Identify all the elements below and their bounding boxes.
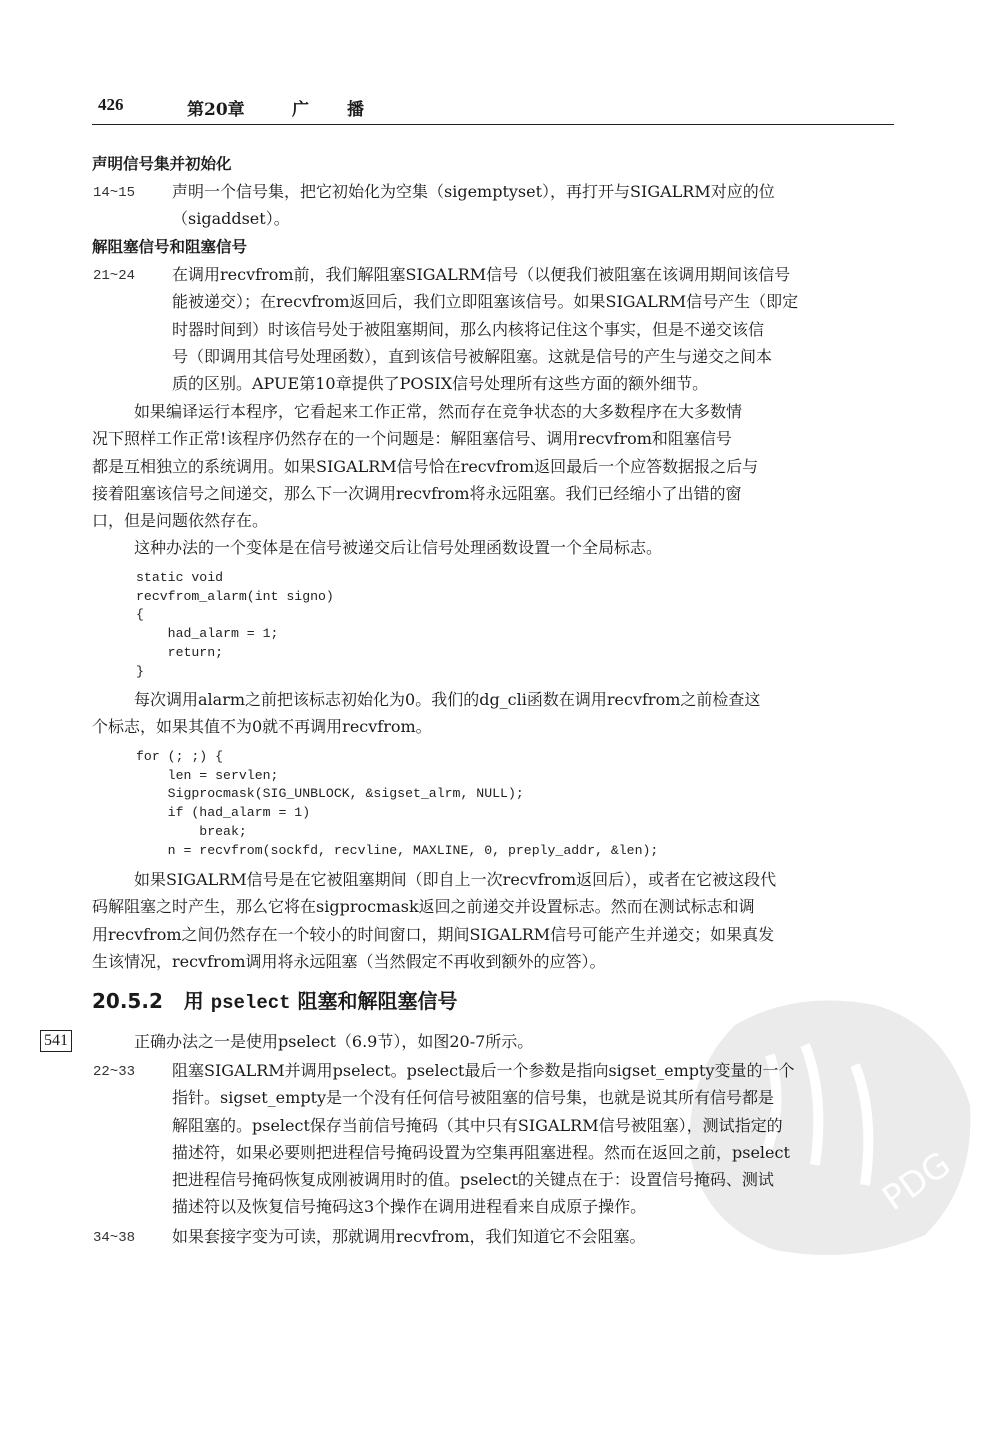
text-line: 如果SIGALRM信号是在它被阻塞期间（即自上一次recvfrom返回后），或者… [92, 866, 897, 893]
text-line: 如果套接字变为可读，那就调用recvfrom，我们知道它不会阻塞。 [172, 1223, 897, 1250]
line-range-label: 22~33 [93, 1064, 135, 1080]
text-line: 时器时间到）时该信号处于被阻塞期间，那么内核将记住这个事实，但是不递交该信 [172, 316, 897, 343]
subsection-title-pre: 用 [184, 989, 204, 1013]
line-range-label: 21~24 [93, 268, 135, 284]
text-line: 每次调用alarm之前把该标志初始化为0。我们的dg_cli函数在调用recvf… [92, 686, 897, 713]
section-heading: 解阻塞信号和阻塞信号 [92, 235, 247, 257]
section-body: 声明一个信号集，把它初始化为空集（sigemptyset），再打开与SIGALR… [172, 178, 897, 233]
text-line: 接着阻塞该信号之间递交，那么下一次调用recvfrom将永远阻塞。我们已经缩小了… [92, 480, 897, 507]
code-line: had_alarm = 1; [136, 626, 278, 641]
paragraph-race-condition: 如果编译运行本程序，它看起来工作正常，然而存在竞争状态的大多数程序在大多数情 况… [92, 398, 897, 534]
subsection-item-body: 如果套接字变为可读，那就调用recvfrom，我们知道它不会阻塞。 [172, 1223, 897, 1250]
text-line: 质的区别。APUE第10章提供了POSIX信号处理所有这些方面的额外细节。 [172, 370, 897, 397]
subsection-intro: 正确办法之一是使用pselect（6.9节），如图20-7所示。 [134, 1028, 533, 1055]
text-line: 在调用recvfrom前，我们解阻塞SIGALRM信号（以便我们被阻塞在该调用期… [172, 261, 897, 288]
code-line: break; [136, 824, 247, 839]
text-line: 码解阻塞之时产生，那么它将在sigprocmask返回之前递交并设置标志。然而在… [92, 893, 897, 920]
code-line: static void [136, 570, 223, 585]
subsection-title-post: 阻塞和解阻塞信号 [298, 989, 458, 1013]
code-line: n = recvfrom(sockfd, recvline, MAXLINE, … [136, 843, 658, 858]
text-line: 能被递交）；在recvfrom返回后，我们立即阻塞该信号。如果SIGALRM信号… [172, 288, 897, 315]
text-line: 生该情况，recvfrom调用将永远阻塞（当然假定不再收到额外的应答）。 [92, 948, 897, 975]
subsection-item-body: 阻塞SIGALRM并调用pselect。pselect最后一个参数是指向sigs… [172, 1057, 897, 1221]
code-line: recvfrom_alarm(int signo) [136, 589, 334, 604]
subsection-title-code: pselect [211, 992, 291, 1014]
code-line: return; [136, 645, 223, 660]
code-line: if (had_alarm = 1) [136, 805, 310, 820]
text-line: 个标志，如果其值不为0就不再调用recvfrom。 [92, 713, 897, 740]
chapter-title-part1: 广 [292, 95, 309, 120]
text-line: 把进程信号掩码恢复成刚被调用时的值。pselect的关键点在于：设置信号掩码、测… [172, 1166, 897, 1193]
text-line: 描述符以及恢复信号掩码这3个操作在调用进程看来自成原子操作。 [172, 1193, 897, 1220]
line-range-label: 34~38 [93, 1230, 135, 1246]
code-block-signal-handler: static void recvfrom_alarm(int signo) { … [136, 569, 334, 681]
text-line: （sigaddset）。 [172, 205, 897, 232]
paragraph-variant: 这种办法的一个变体是在信号被递交后让信号处理函数设置一个全局标志。 [134, 534, 662, 561]
text-line: 阻塞SIGALRM并调用pselect。pselect最后一个参数是指向sigs… [172, 1057, 897, 1084]
text-line: 如果编译运行本程序，它看起来工作正常，然而存在竞争状态的大多数程序在大多数情 [92, 398, 897, 425]
code-line: Sigprocmask(SIG_UNBLOCK, &sigset_alrm, N… [136, 786, 524, 801]
text-line: 指针。sigset_empty是一个没有任何信号被阻塞的信号集，也就是说其所有信… [172, 1084, 897, 1111]
page-header: 426 第20章 广 播 [92, 92, 894, 125]
subsection-heading: 20.5.2 用 pselect 阻塞和解阻塞信号 [92, 985, 458, 1014]
text-line: 解阻塞的。pselect保存当前信号掩码（其中只有SIGALRM信号被阻塞），测… [172, 1112, 897, 1139]
text-line: 口，但是问题依然存在。 [92, 507, 897, 534]
text-line: 这种办法的一个变体是在信号被递交后让信号处理函数设置一个全局标志。 [134, 534, 662, 561]
section-heading: 声明信号集并初始化 [92, 152, 232, 174]
code-line: len = servlen; [136, 768, 278, 783]
paragraph-flag: 每次调用alarm之前把该标志初始化为0。我们的dg_cli函数在调用recvf… [92, 686, 897, 741]
text-line: 都是互相独立的系统调用。如果SIGALRM信号恰在recvfrom返回最后一个应… [92, 453, 897, 480]
paragraph-time-window: 如果SIGALRM信号是在它被阻塞期间（即自上一次recvfrom返回后），或者… [92, 866, 897, 975]
page-number: 426 [98, 95, 124, 115]
code-line: } [136, 664, 144, 679]
subsection-number: 20.5.2 [92, 989, 163, 1013]
text-line: 描述符，如果必要则把进程信号掩码设置为空集再阻塞进程。然而在返回之前，psele… [172, 1139, 897, 1166]
chapter-title-part2: 播 [347, 95, 364, 120]
code-line: { [136, 607, 144, 622]
text-line: 况下照样工作正常!该程序仍然存在的一个问题是：解阻塞信号、调用recvfrom和… [92, 425, 897, 452]
margin-page-reference: 541 [40, 1030, 72, 1052]
code-block-loop: for (; ;) { len = servlen; Sigprocmask(S… [136, 748, 658, 860]
text-line: 号（即调用其信号处理函数），直到该信号被解阻塞。这就是信号的产生与递交之间本 [172, 343, 897, 370]
section-body: 在调用recvfrom前，我们解阻塞SIGALRM信号（以便我们被阻塞在该调用期… [172, 261, 897, 397]
chapter-label: 第20章 [187, 95, 245, 120]
text-line: 声明一个信号集，把它初始化为空集（sigemptyset），再打开与SIGALR… [172, 178, 897, 205]
text-line: 用recvfrom之间仍然存在一个较小的时间窗口，期间SIGALRM信号可能产生… [92, 921, 897, 948]
text-line: 正确办法之一是使用pselect（6.9节），如图20-7所示。 [134, 1028, 533, 1055]
line-range-label: 14~15 [93, 185, 135, 201]
code-line: for (; ;) { [136, 749, 223, 764]
